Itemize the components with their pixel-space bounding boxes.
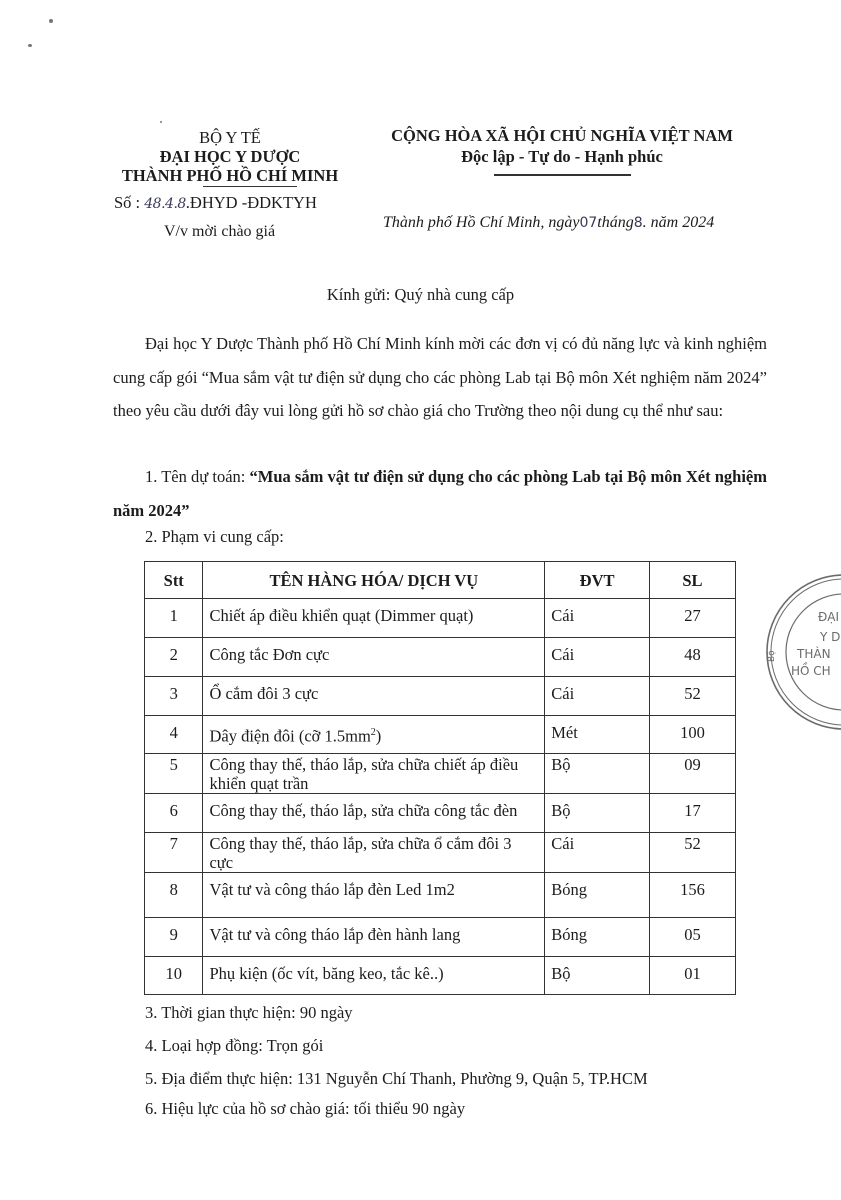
cell-unit: Bộ [545, 794, 650, 833]
seal-line-4: HỒ CH [791, 662, 831, 678]
seal-line-3: THÀN [796, 646, 831, 661]
seal-line-1: ĐẠI [818, 610, 839, 624]
cell-qty: 52 [649, 833, 735, 873]
cell-name: Vật tư và công tháo lắp đèn Led 1m2 [203, 873, 545, 918]
document-subject: V/v mời chào giá [164, 223, 275, 241]
cell-name: Công thay thế, tháo lắp, sửa chữa chiết … [203, 754, 545, 794]
section-2-scope-label: 2. Phạm vi cung cấp: [145, 527, 284, 547]
motto-underline [494, 174, 631, 176]
header-left-underline [203, 186, 297, 187]
table-row: 2 Công tắc Đơn cực Cái 48 [145, 638, 736, 677]
cell-stt: 4 [145, 716, 203, 754]
scan-speck [28, 44, 32, 47]
section-1-label: 1. Tên dự toán: [145, 467, 250, 486]
cell-unit: Bóng [545, 873, 650, 918]
cell-stt: 8 [145, 873, 203, 918]
header-name: TÊN HÀNG HÓA/ DỊCH VỤ [203, 562, 545, 599]
header-unit: ĐVT [545, 562, 650, 599]
cell-name: Công thay thế, tháo lắp, sửa chữa công t… [203, 794, 545, 833]
country-name: CỘNG HÒA XÃ HỘI CHỦ NGHĨA VIỆT NAM [372, 125, 752, 146]
cell-stt: 9 [145, 918, 203, 957]
cell-qty: 48 [649, 638, 735, 677]
cell-qty: 09 [649, 754, 735, 794]
cell-stt: 1 [145, 599, 203, 638]
national-heading: CỘNG HÒA XÃ HỘI CHỦ NGHĨA VIỆT NAM Độc l… [372, 125, 752, 176]
cell-name: Dây điện đôi (cỡ 1.5mm2) [203, 716, 545, 754]
document-number: Số : 48.4.8.ĐHYD -ĐDKTYH [114, 193, 317, 213]
cell-stt: 7 [145, 833, 203, 873]
seal-side-text: Bộ [766, 650, 777, 662]
cell-qty: 01 [649, 957, 735, 995]
cell-name: Công thay thế, tháo lắp, sửa chữa ổ cắm … [203, 833, 545, 873]
cell-unit: Bóng [545, 918, 650, 957]
date-prefix: Thành phố Hồ Chí Minh, ngày [383, 214, 579, 231]
issuer-block: BỘ Y TẾ ĐẠI HỌC Y DƯỢC THÀNH PHỐ HỒ CHÍ … [100, 128, 360, 187]
cell-unit: Cái [545, 599, 650, 638]
document-number-suffix: .ĐHYD -ĐDKTYH [186, 193, 317, 212]
cell-stt: 10 [145, 957, 203, 995]
scan-speck [49, 19, 53, 23]
university-name-line2: THÀNH PHỐ HỒ CHÍ MINH [100, 166, 360, 185]
table-row: 1 Chiết áp điều khiển quạt (Dimmer quạt)… [145, 599, 736, 638]
date-month-label: tháng [597, 214, 633, 231]
date-day-handwritten: 07 [579, 215, 597, 231]
cell-unit: Bộ [545, 754, 650, 794]
section-4-contract-type: 4. Loại hợp đồng: Trọn gói [145, 1036, 323, 1056]
cell-qty: 27 [649, 599, 735, 638]
table-row: 9 Vật tư và công tháo lắp đèn hành lang … [145, 918, 736, 957]
document-number-handwritten: 48.4.8 [144, 196, 186, 212]
university-name-line1: ĐẠI HỌC Y DƯỢC [100, 147, 360, 166]
section-5-location: 5. Địa điểm thực hiện: 131 Nguyễn Chí Th… [145, 1069, 648, 1089]
scan-speck [160, 121, 162, 123]
cell-stt: 6 [145, 794, 203, 833]
cell-name: Ổ cắm đôi 3 cực [203, 677, 545, 716]
cell-qty: 100 [649, 716, 735, 754]
document-date: Thành phố Hồ Chí Minh, ngày07tháng8. năm… [383, 214, 714, 232]
official-seal: Bộ ĐẠI Y D THÀN HỒ CH [764, 572, 841, 732]
cell-name-tail: ) [376, 727, 382, 746]
cell-name-text: Dây điện đôi (cỡ 1.5mm [209, 727, 370, 746]
section-6-validity: 6. Hiệu lực của hồ sơ chào giá: tối thiể… [145, 1099, 465, 1119]
cell-name: Chiết áp điều khiển quạt (Dimmer quạt) [203, 599, 545, 638]
section-3-duration: 3. Thời gian thực hiện: 90 ngày [145, 1003, 353, 1023]
cell-stt: 3 [145, 677, 203, 716]
cell-qty: 17 [649, 794, 735, 833]
table-row: 10 Phụ kiện (ốc vít, băng keo, tắc kê..)… [145, 957, 736, 995]
cell-unit: Cái [545, 833, 650, 873]
header-stt: Stt [145, 562, 203, 599]
date-month-handwritten: 8 [634, 215, 643, 231]
cell-unit: Bộ [545, 957, 650, 995]
national-motto: Độc lập - Tự do - Hạnh phúc [372, 146, 752, 167]
greeting: Kính gửi: Quý nhà cung cấp [0, 285, 841, 305]
cell-qty: 05 [649, 918, 735, 957]
cell-qty: 156 [649, 873, 735, 918]
table-header-row: Stt TÊN HÀNG HÓA/ DỊCH VỤ ĐVT SL [145, 562, 736, 599]
intro-paragraph: Đại học Y Dược Thành phố Hồ Chí Minh kín… [113, 327, 767, 428]
cell-stt: 2 [145, 638, 203, 677]
cell-name: Vật tư và công tháo lắp đèn hành lang [203, 918, 545, 957]
table-row: 5 Công thay thế, tháo lắp, sửa chữa chiế… [145, 754, 736, 794]
section-1-estimate-name: 1. Tên dự toán: “Mua sắm vật tư điện sử … [113, 460, 767, 527]
table-row: 8 Vật tư và công tháo lắp đèn Led 1m2 Bó… [145, 873, 736, 918]
cell-qty: 52 [649, 677, 735, 716]
cell-stt: 5 [145, 754, 203, 794]
document-number-prefix: Số : [114, 193, 144, 212]
header-qty: SL [649, 562, 735, 599]
cell-name: Công tắc Đơn cực [203, 638, 545, 677]
goods-table: Stt TÊN HÀNG HÓA/ DỊCH VỤ ĐVT SL 1 Chiết… [144, 561, 736, 995]
date-suffix: . năm 2024 [643, 214, 715, 231]
ministry-name: BỘ Y TẾ [100, 128, 360, 147]
seal-line-2: Y D [819, 630, 840, 644]
table-row: 4 Dây điện đôi (cỡ 1.5mm2) Mét 100 [145, 716, 736, 754]
cell-unit: Cái [545, 638, 650, 677]
table-row: 3 Ổ cắm đôi 3 cực Cái 52 [145, 677, 736, 716]
cell-unit: Mét [545, 716, 650, 754]
table-row: 7 Công thay thế, tháo lắp, sửa chữa ổ cắ… [145, 833, 736, 873]
table-row: 6 Công thay thế, tháo lắp, sửa chữa công… [145, 794, 736, 833]
cell-name: Phụ kiện (ốc vít, băng keo, tắc kê..) [203, 957, 545, 995]
cell-unit: Cái [545, 677, 650, 716]
